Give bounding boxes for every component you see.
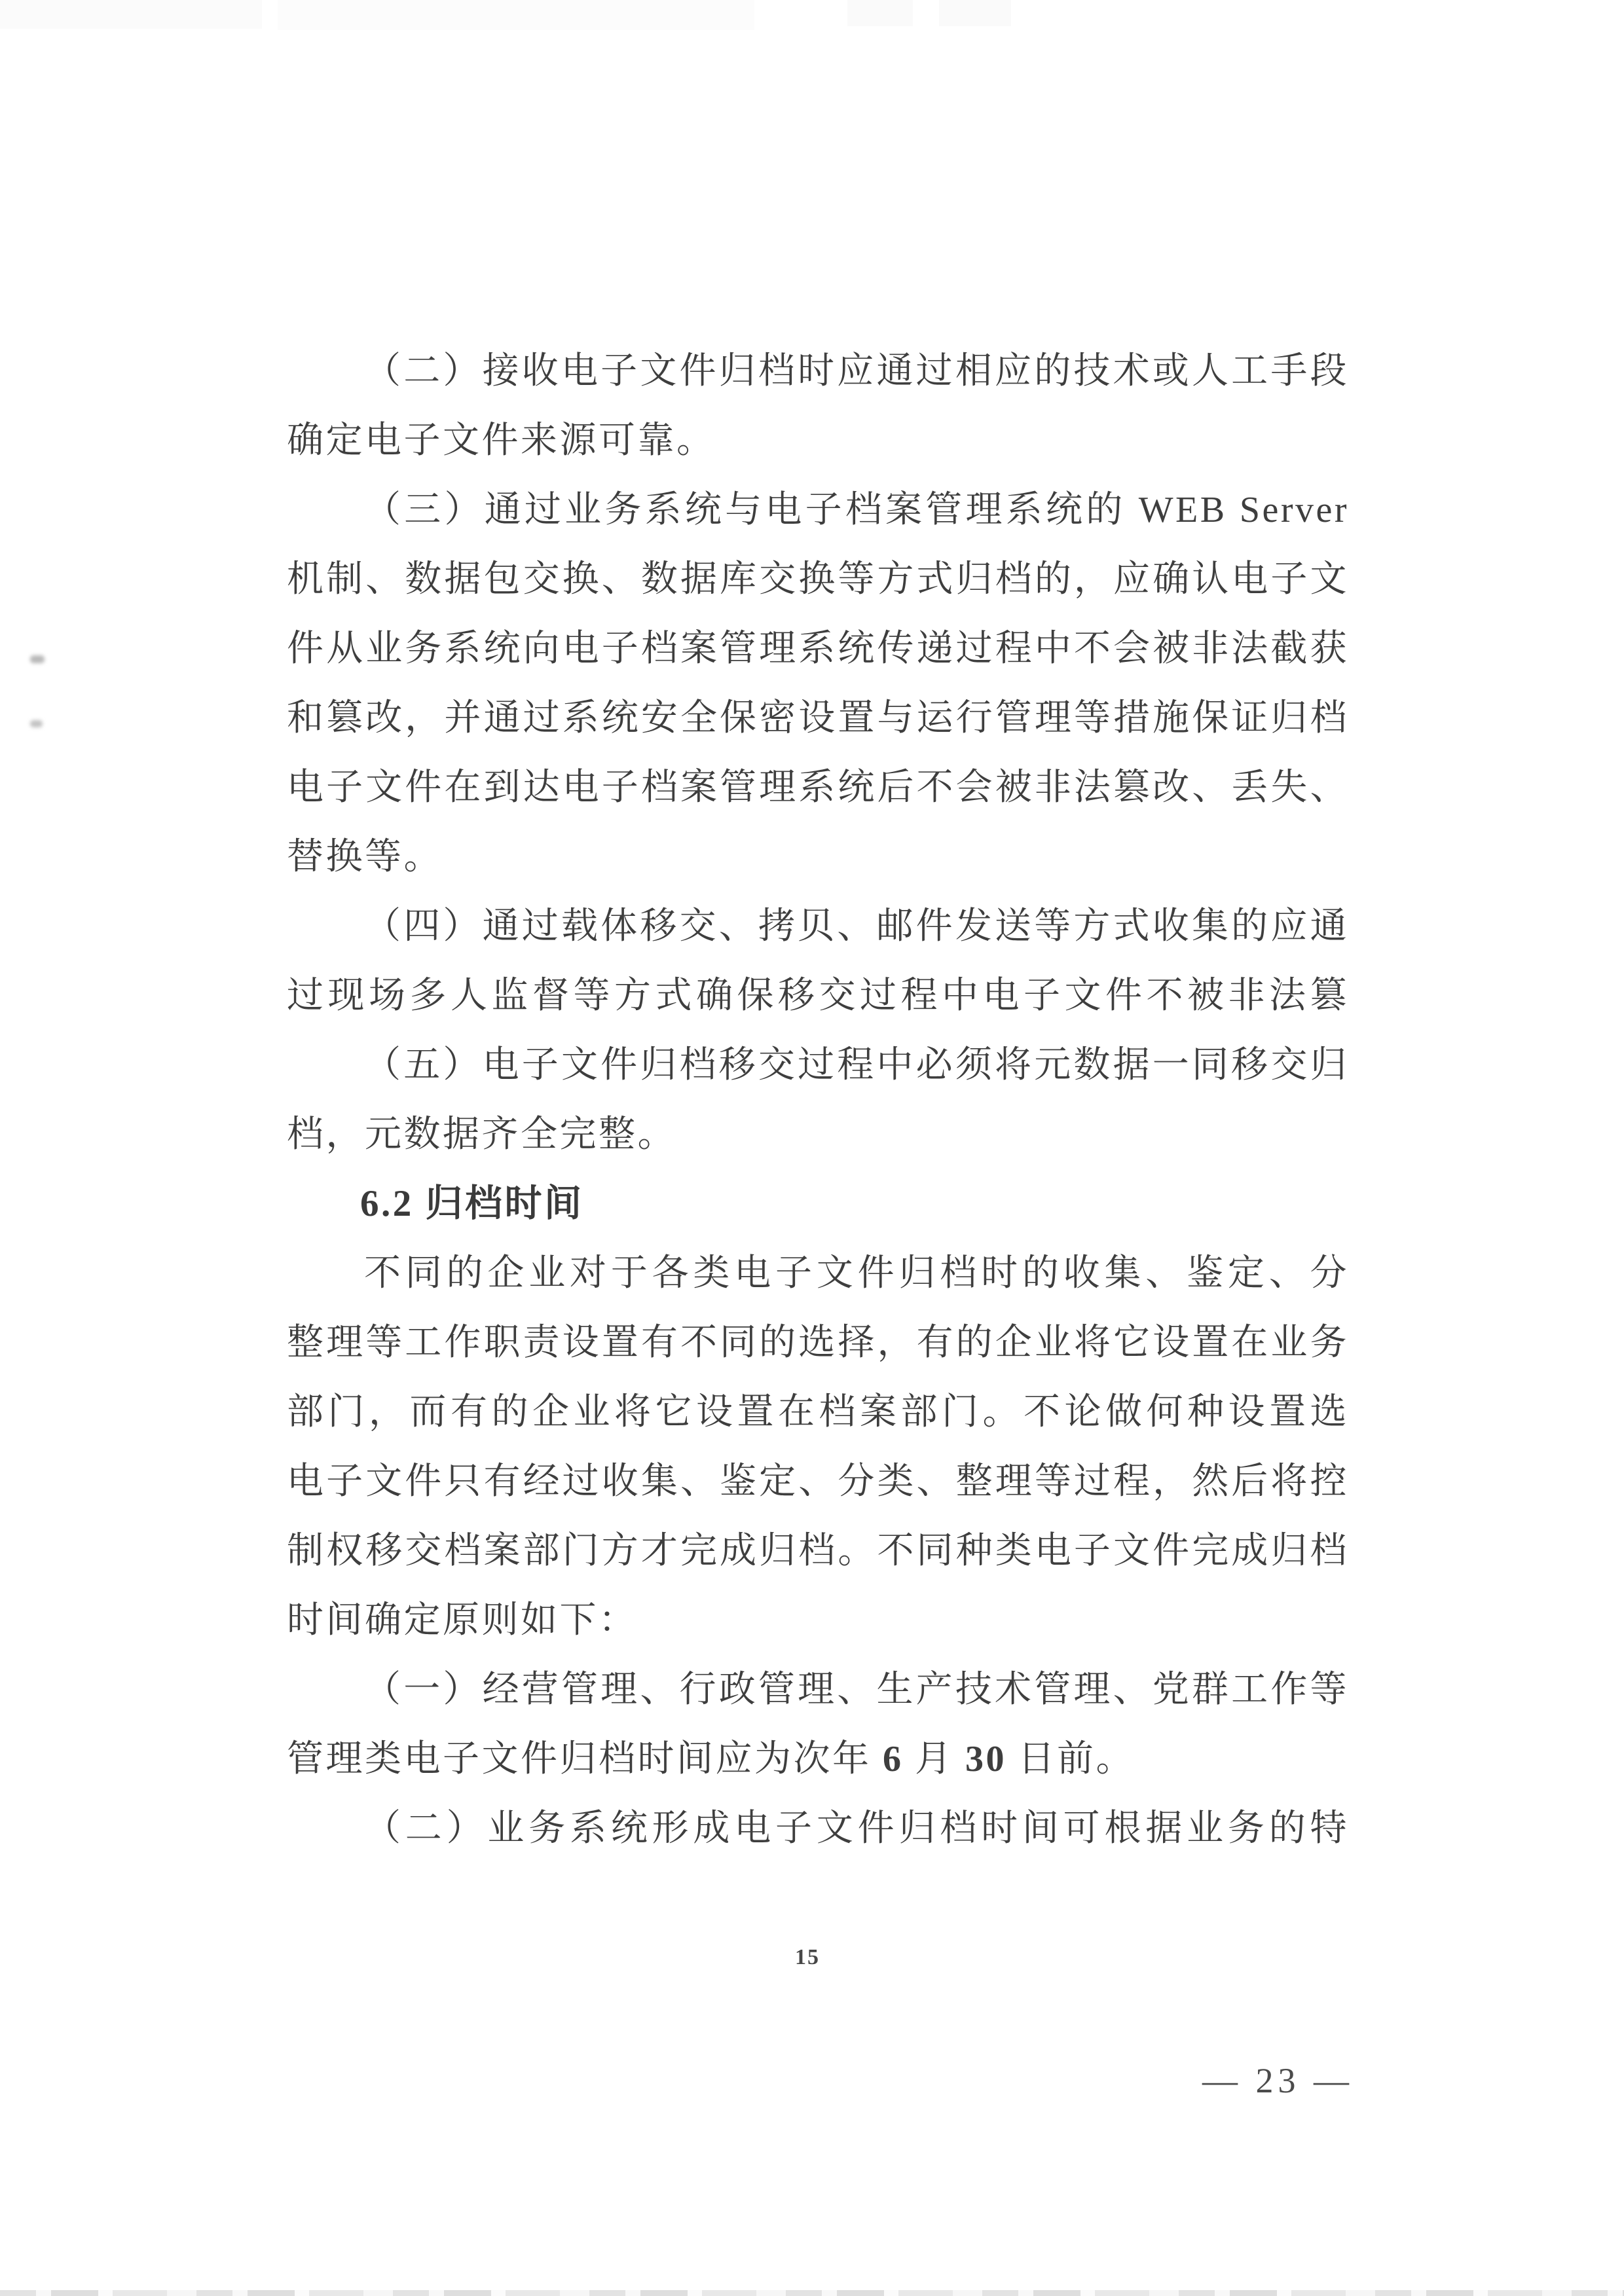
text-line: 过现场多人监督等方式确保移交过程中电子文件不被非法篡改。: [287, 961, 1349, 1030]
text-line: （一）经营管理、行政管理、生产技术管理、党群工作等: [287, 1655, 1349, 1724]
scan-artifact-margin-mark: [30, 720, 43, 727]
body-text: （二）接收电子文件归档时应通过相应的技术或人工手段确定电子文件来源可靠。（三）通…: [287, 337, 1349, 1863]
outer-page-number: — 23 —: [1202, 2053, 1354, 2108]
scan-artifact-top-strip: [847, 0, 913, 26]
section-heading: 6.2 归档时间: [287, 1169, 1349, 1239]
scan-artifact-top-strip: [278, 0, 754, 30]
text-line: 制权移交档案部门方才完成归档。不同种类电子文件完成归档: [287, 1516, 1349, 1586]
text-line: 管理类电子文件归档时间应为次年 6 月 30 日前。: [287, 1724, 1349, 1794]
document-page: （二）接收电子文件归档时应通过相应的技术或人工手段确定电子文件来源可靠。（三）通…: [0, 0, 1624, 2296]
bold-text-segment: 6: [883, 1739, 904, 1779]
text-line: 部门，而有的企业将它设置在档案部门。不论做何种设置选择，: [287, 1377, 1349, 1447]
text-line: 替换等。: [287, 822, 1349, 892]
text-line: 时间确定原则如下：: [287, 1586, 1349, 1655]
text-line: 档，元数据齐全完整。: [287, 1100, 1349, 1169]
text-segment: 日前。: [1006, 1739, 1135, 1779]
text-line: 电子文件在到达电子档案管理系统后不会被非法篡改、丢失、: [287, 753, 1349, 822]
text-line: （三）通过业务系统与电子档案管理系统的 WEB Server: [287, 475, 1349, 545]
text-line: 整理等工作职责设置有不同的选择，有的企业将它设置在业务: [287, 1308, 1349, 1377]
scan-artifact-bottom-strip: [0, 2290, 1624, 2296]
text-line: 不同的企业对于各类电子文件归档时的收集、鉴定、分类、: [287, 1239, 1349, 1308]
scan-artifact-top-strip: [939, 0, 1011, 26]
text-segment: 月: [904, 1739, 966, 1779]
scan-artifact-top-strip: [0, 0, 262, 29]
bold-text-segment: 30: [965, 1739, 1006, 1779]
text-line: （二）接收电子文件归档时应通过相应的技术或人工手段: [287, 337, 1349, 406]
text-line: 和篡改，并通过系统安全保密设置与运行管理等措施保证归档: [287, 683, 1349, 753]
text-line: 确定电子文件来源可靠。: [287, 406, 1349, 475]
text-line: 件从业务系统向电子档案管理系统传递过程中不会被非法截获: [287, 614, 1349, 683]
text-line: （二）业务系统形成电子文件归档时间可根据业务的特点、: [287, 1794, 1349, 1863]
text-line: 机制、数据包交换、数据库交换等方式归档的，应确认电子文: [287, 545, 1349, 614]
text-line: 电子文件只有经过收集、鉴定、分类、整理等过程，然后将控: [287, 1447, 1349, 1516]
text-segment: 管理类电子文件归档时间应为次年: [287, 1739, 883, 1779]
text-line: （四）通过载体移交、拷贝、邮件发送等方式收集的应通: [287, 892, 1349, 961]
inner-page-number: 15: [0, 1939, 1615, 1976]
text-line: （五）电子文件归档移交过程中必须将元数据一同移交归: [287, 1030, 1349, 1100]
scan-artifact-margin-mark: [30, 655, 45, 663]
